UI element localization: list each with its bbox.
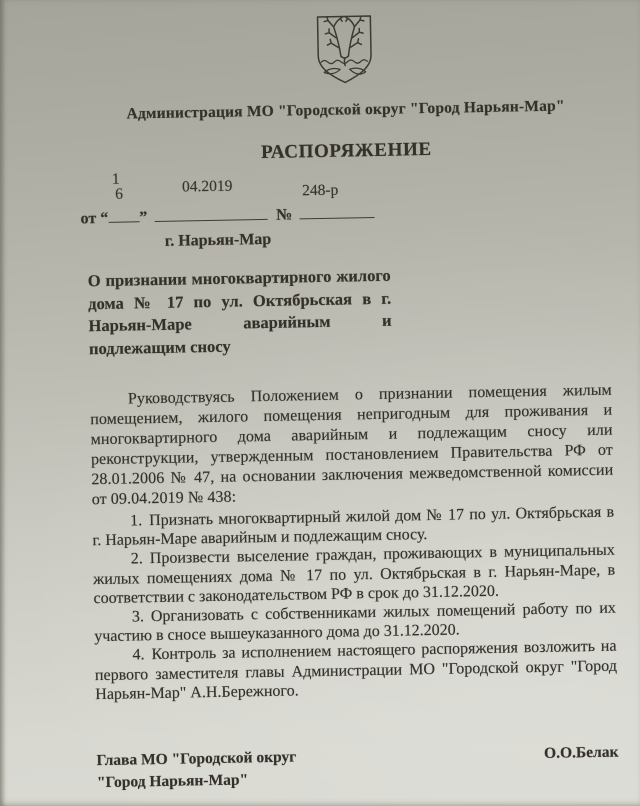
number-sign: № [276,206,292,223]
item-2: 2.Произвести выселение граждан, проживаю… [93,541,616,608]
document-number-value: 248-р [302,182,338,201]
number-blank-line [299,205,374,219]
city-line: г. Нарьян-Мар [157,231,279,251]
date-prefix-close: ” [139,209,147,226]
ordered-items: 1.Признать многоквартирный жилой дом № 1… [92,503,617,705]
coat-of-arms [311,12,378,87]
item-3-number: 3. [132,608,144,625]
signer-name: О.О.Белак [544,742,619,765]
item-4-number: 4. [132,647,144,664]
date-prefix: от “ [80,210,108,228]
signature-block: Глава МО "Городской округ "Город Нарьян-… [96,741,619,795]
signer-title-line1: Глава МО "Городской округ [96,747,296,773]
signer-title-line2: "Город Нарьян-Мар" [97,769,297,795]
item-2-number: 2. [131,551,143,568]
date-line: от “”№ [80,205,374,228]
item-2-text: Произвести выселение граждан, проживающи… [93,542,615,607]
handwritten-day: 16 [112,172,123,202]
organization-name: Администрация МО "Городской округ "Город… [85,97,607,125]
date-blank-line [154,207,267,222]
day-blank-line [108,209,139,223]
item-4: 4.Контроль за исполнением настоящего рас… [94,637,617,704]
signer-title: Глава МО "Городской округ "Город Нарьян-… [96,747,297,795]
date-number-block: 16 04.2019 248-р от “”№ г. Нарьян-Мар [86,162,610,260]
item-1-number: 1. [130,512,142,529]
subject-heading: О признании многоквартирного жилого дома… [88,265,393,361]
preamble-paragraph: Руководствуясь Положением о признании по… [90,381,614,511]
photographed-document: Администрация МО "Городской округ "Город… [0,0,640,806]
document-page: Администрация МО "Городской округ "Город… [0,0,640,806]
typed-month-year: 04.2019 [182,178,233,197]
item-4-text: Контроль за исполнением настоящего распо… [95,638,617,703]
